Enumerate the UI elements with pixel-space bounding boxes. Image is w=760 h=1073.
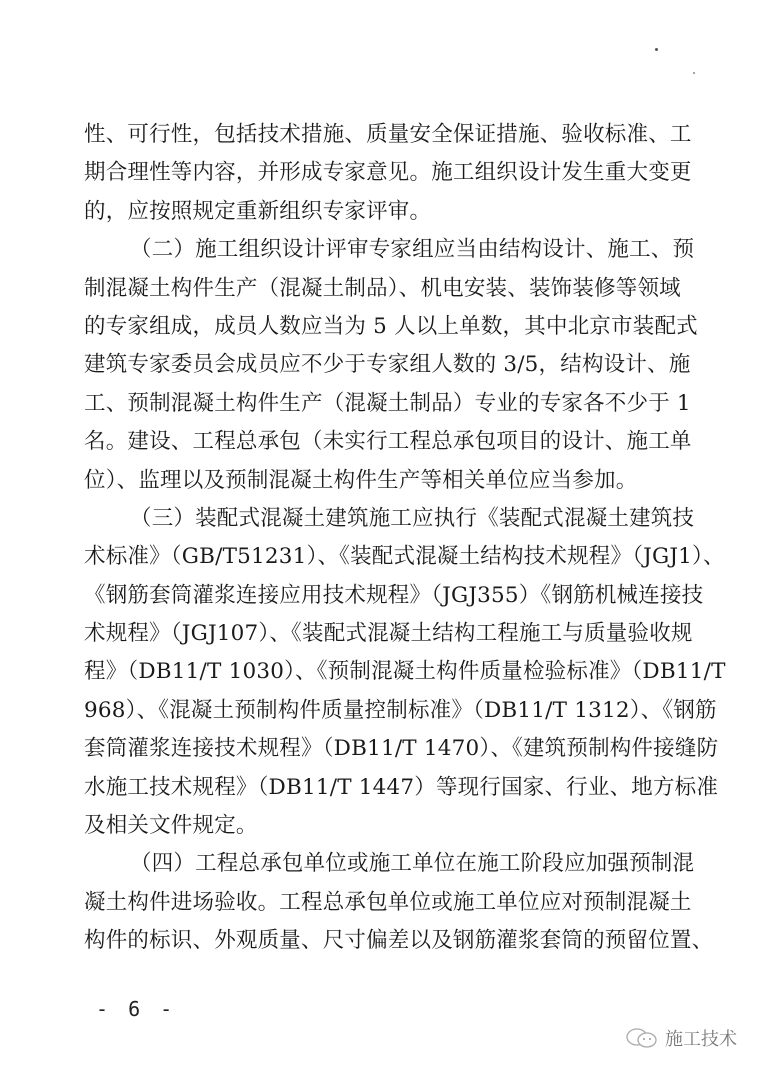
text-line: 工、预制混凝土构件生产（混凝土制品）专业的专家各不少于 1 bbox=[84, 385, 696, 423]
wechat-icon bbox=[625, 1027, 659, 1049]
text-line: 期合理性等内容，并形成专家意见。施工组织设计发生重大变更 bbox=[84, 154, 696, 192]
text-line: 968）、《混凝土预制构件质量控制标准》（DB11/T 1312）、《钢筋 bbox=[84, 692, 696, 730]
text-line: 术规程》（JGJ107）、《装配式混凝土结构工程施工与质量验收规 bbox=[84, 615, 696, 653]
text-line: 及相关文件规定。 bbox=[84, 807, 696, 845]
paragraph-start-line: （二）施工组织设计评审专家组应当由结构设计、施工、预 bbox=[84, 231, 696, 269]
text-line: 水施工技术规程》（DB11/T 1447）等现行国家、行业、地方标准 bbox=[84, 769, 696, 807]
watermark: 施工技术 bbox=[625, 1025, 737, 1051]
document-body: 性、可行性，包括技术措施、质量安全保证措施、验收标准、工 期合理性等内容，并形成… bbox=[84, 116, 696, 961]
text-line: 建筑专家委员会成员应不少于专家组人数的 3/5，结构设计、施 bbox=[84, 346, 696, 384]
text-line: 的，应按照规定重新组织专家评审。 bbox=[84, 193, 696, 231]
text-line: 制混凝土构件生产（混凝土制品）、机电安装、装饰装修等领域 bbox=[84, 270, 696, 308]
text-line: 名。建设、工程总承包（未实行工程总承包项目的设计、施工单 bbox=[84, 423, 696, 461]
text-line: 套筒灌浆连接技术规程》（DB11/T 1470）、《建筑预制构件接缝防 bbox=[84, 730, 696, 768]
page-number: - 6 - bbox=[96, 997, 176, 1021]
watermark-text: 施工技术 bbox=[665, 1025, 737, 1051]
text-line: 构件的标识、外观质量、尺寸偏差以及钢筋灌浆套筒的预留位置、 bbox=[84, 922, 696, 960]
paragraph-start-line: （三）装配式混凝土建筑施工应执行《装配式混凝土建筑技 bbox=[84, 500, 696, 538]
text-line: 性、可行性，包括技术措施、质量安全保证措施、验收标准、工 bbox=[84, 116, 696, 154]
text-line: 术标准》（GB/T51231）、《装配式混凝土结构技术规程》（JGJ1）、 bbox=[84, 538, 696, 576]
paragraph-start-line: （四）工程总承包单位或施工单位在施工阶段应加强预制混 bbox=[84, 845, 696, 883]
text-line: 凝土构件进场验收。工程总承包单位或施工单位应对预制混凝土 bbox=[84, 884, 696, 922]
text-line: 《钢筋套筒灌浆连接应用技术规程》（JGJ355）《钢筋机械连接技 bbox=[84, 577, 696, 615]
scan-speck bbox=[693, 72, 695, 74]
text-line: 的专家组成，成员人数应当为 5 人以上单数，其中北京市装配式 bbox=[84, 308, 696, 346]
text-line: 位）、监理以及预制混凝土构件生产等相关单位应当参加。 bbox=[84, 462, 696, 500]
text-line: 程》（DB11/T 1030）、《预制混凝土构件质量检验标准》（DB11/T bbox=[84, 653, 696, 691]
scan-speck bbox=[655, 48, 658, 51]
